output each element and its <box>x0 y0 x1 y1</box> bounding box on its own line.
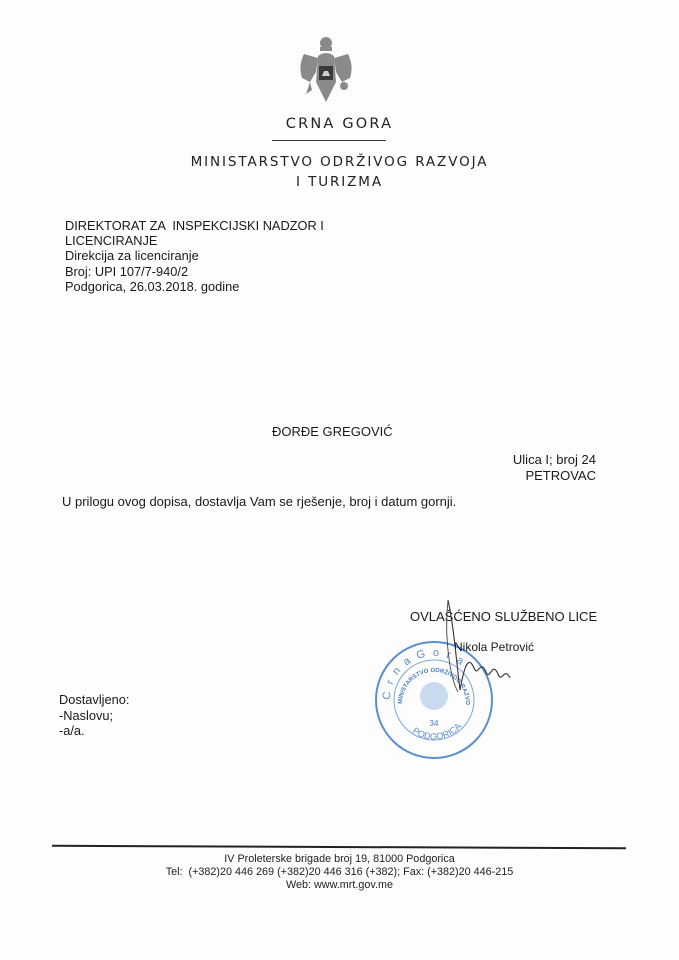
recipient-city: PETROVAC <box>490 468 596 484</box>
recipient-street: Ulica I; broj 24 <box>490 452 596 468</box>
footer-web[interactable]: Web: www.mrt.gov.me <box>0 879 679 892</box>
svg-text:34: 34 <box>430 719 439 728</box>
directorate-line-1: DIREKTORAT ZA INSPEKCIJSKI NADZOR I <box>65 218 324 233</box>
place-date: Podgorica, 26.03.2018. godine <box>65 279 324 294</box>
reference-number: Broj: UPI 107/7-940/2 <box>65 264 324 279</box>
country-name: CRNA GORA <box>0 116 679 132</box>
handwritten-signature-icon <box>440 598 560 718</box>
recipient-name: ĐORĐE GREGOVIĆ <box>272 424 393 439</box>
letter-body: U prilogu ovog dopisa, dostavlja Vam se … <box>62 494 456 509</box>
footer-contact: Tel: (+382)20 446 269 (+382)20 446 316 (… <box>0 866 679 879</box>
footer: IV Proleterske brigade broj 19, 81000 Po… <box>0 853 679 893</box>
delivery-item: -a/a. <box>59 723 129 739</box>
footer-divider <box>52 845 626 850</box>
recipient-address: Ulica I; broj 24 PETROVAC <box>490 452 596 484</box>
ministry-line-1: MINISTARSTVO ODRŽIVOG RAZVOJA <box>0 152 679 172</box>
delivery-list: Dostavljeno: -Naslovu; -a/a. <box>59 692 129 739</box>
department: Direkcija za licenciranje <box>65 248 324 263</box>
montenegro-coat-of-arms-icon <box>296 36 356 108</box>
header-divider <box>272 140 386 141</box>
footer-address: IV Proleterske brigade broj 19, 81000 Po… <box>0 853 679 866</box>
delivery-item: -Naslovu; <box>59 708 129 724</box>
ministry-name: MINISTARSTVO ODRŽIVOG RAZVOJA I TURIZMA <box>0 152 679 192</box>
ministry-line-2: I TURIZMA <box>0 172 679 192</box>
sender-block: DIREKTORAT ZA INSPEKCIJSKI NADZOR I LICE… <box>65 218 324 294</box>
directorate-line-2: LICENCIRANJE <box>65 233 324 248</box>
delivery-label: Dostavljeno: <box>59 692 129 708</box>
